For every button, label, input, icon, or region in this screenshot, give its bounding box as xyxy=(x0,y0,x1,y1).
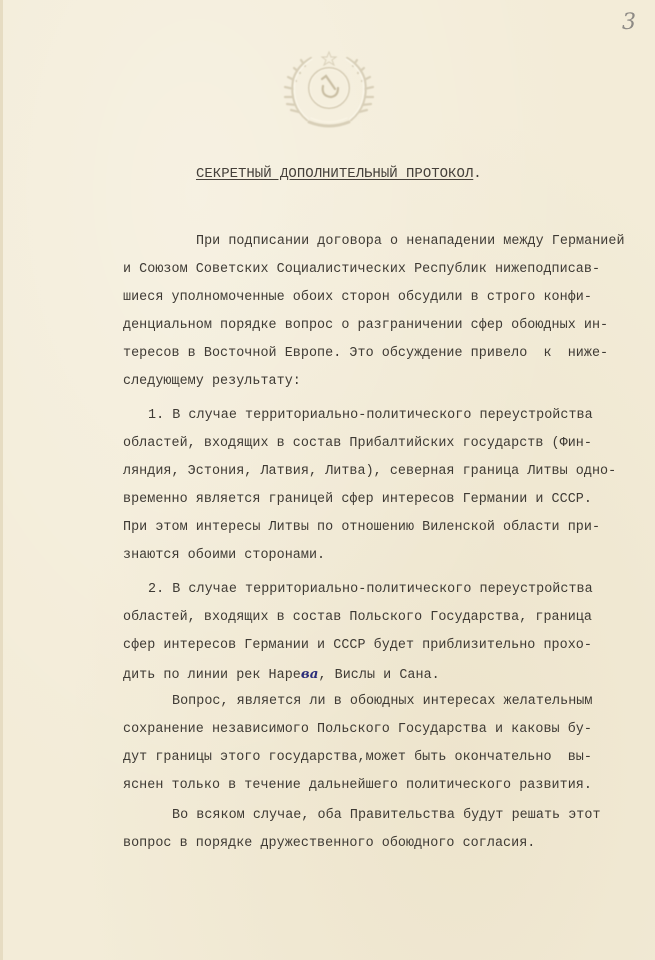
text-line: сохранение независимого Польского Госуда… xyxy=(123,722,592,737)
text-line: шиеся уполномоченные обоих сторон обсуди… xyxy=(123,290,592,305)
page-number: 3 xyxy=(622,10,636,35)
document-page: 3 xyxy=(0,0,655,960)
text-line: вопрос в порядке дружественного обоюдног… xyxy=(123,836,535,851)
text-line: дут границы этого государства,может быть… xyxy=(123,750,592,765)
text-line: денциальном порядке вопрос о разграничен… xyxy=(123,318,608,333)
text-line: При подписании договора о ненападении ме… xyxy=(196,234,625,249)
text-line: дить по линии рек Нарева, Вислы и Сана. xyxy=(123,666,440,683)
line-text-tail: , Вислы и Сана. xyxy=(318,668,439,683)
text-line: областей, входящих в состав Польского Го… xyxy=(123,610,592,625)
line-text: дить по линии рек Наре xyxy=(123,668,301,683)
text-line: временно является границей сфер интересо… xyxy=(123,492,592,507)
text-line: Во всяком случае, оба Правительства буду… xyxy=(172,808,601,823)
title-period: . xyxy=(473,166,481,182)
document-title: СЕКРЕТНЫЙ ДОПОЛНИТЕЛЬНЫЙ ПРОТОКОЛ. xyxy=(196,166,482,182)
text-line: тересов в Восточной Европе. Это обсужден… xyxy=(123,346,608,361)
title-text: СЕКРЕТНЫЙ ДОПОЛНИТЕЛЬНЫЙ ПРОТОКОЛ xyxy=(196,166,473,182)
text-line: и Союзом Советских Социалистических Респ… xyxy=(123,262,600,277)
text-line: знаются обоими сторонами. xyxy=(123,548,325,563)
text-line: ляндия, Эстония, Латвия, Литва), северна… xyxy=(123,464,616,479)
page-edge xyxy=(0,0,3,960)
handwritten-correction: ва xyxy=(301,666,319,682)
text-line: При этом интересы Литвы по отношению Вил… xyxy=(123,520,600,535)
ussr-emblem-icon xyxy=(277,50,381,134)
text-line: яснен только в течение дальнейшего полит… xyxy=(123,778,592,793)
text-line: 2. В случае территориально-политического… xyxy=(148,582,593,597)
text-line: следующему результату: xyxy=(123,374,301,389)
text-line: Вопрос, является ли в обоюдных интересах… xyxy=(172,694,592,709)
text-line: сфер интересов Германии и СССР будет при… xyxy=(123,638,592,653)
text-line: 1. В случае территориально-политического… xyxy=(148,408,593,423)
text-line: областей, входящих в состав Прибалтийски… xyxy=(123,436,592,451)
